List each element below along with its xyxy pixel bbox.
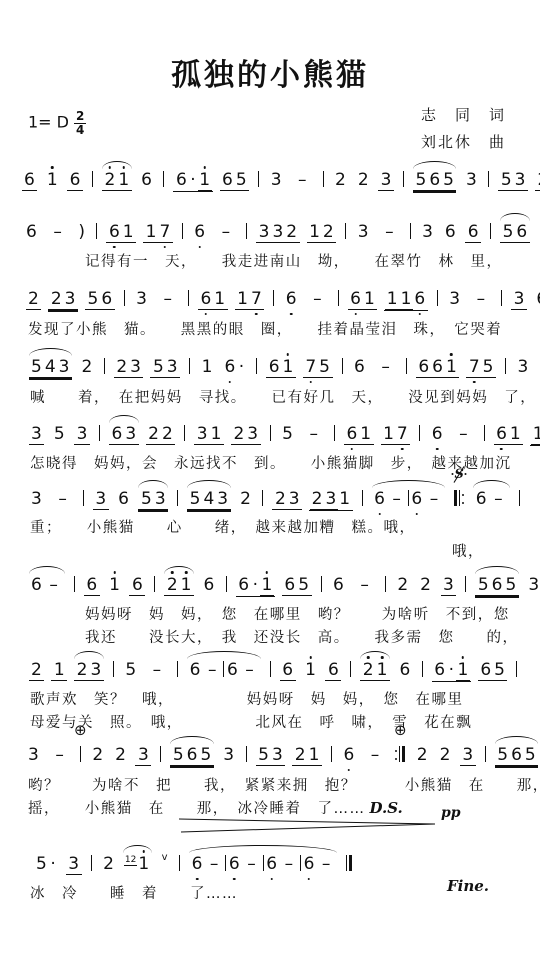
note-group: 2: [79, 357, 95, 377]
note: 2: [356, 170, 370, 190]
note-group: –: [306, 289, 329, 309]
lyric-text: 歌声欢 笑？ 哦， 妈妈呀 妈 妈， 您 在哪里: [30, 692, 464, 708]
note-group: 2: [101, 854, 117, 874]
note: 6: [510, 745, 524, 765]
note: 6: [373, 489, 387, 509]
note: 2: [239, 489, 253, 509]
lyric-text: 喊 着， 在把妈妈 寻找。 已有好几 天， 没见到妈妈 了，: [30, 390, 536, 406]
note: 3: [30, 489, 44, 509]
barline: [257, 170, 260, 190]
note-group: 3: [29, 489, 45, 509]
note: 6: [515, 222, 529, 242]
note-group: 6: [280, 660, 296, 681]
note: 6: [202, 575, 216, 595]
note: 6: [413, 289, 427, 309]
note: 7: [249, 289, 263, 309]
note: 5: [496, 745, 510, 765]
barline: [384, 575, 387, 595]
music-line: 6–6162166·1656–2235653: [0, 575, 540, 599]
lyric-text: 哦，: [452, 544, 484, 560]
note-group: 6–: [29, 575, 65, 595]
key-signature: 1= D24: [28, 110, 86, 136]
note: 6: [237, 575, 251, 595]
note: 6: [100, 289, 114, 309]
note-group: 2: [333, 170, 349, 190]
barline: [320, 575, 323, 595]
note: 7: [158, 222, 172, 242]
note-group: 6: [331, 575, 347, 595]
note-group: 3: [268, 170, 284, 190]
note-group: 2: [29, 660, 45, 681]
note: 6: [30, 575, 44, 595]
note-group: 1: [303, 660, 319, 680]
note: 6: [353, 357, 367, 377]
note-group: 21: [292, 745, 322, 766]
note-group: 2: [395, 575, 411, 595]
barline: [504, 357, 507, 377]
note: 7: [467, 357, 481, 377]
barline: [344, 222, 347, 242]
note: 5: [151, 357, 165, 377]
duration-dash: –: [375, 357, 396, 377]
note-group: 3: [134, 289, 150, 309]
note-group: 3: [463, 170, 479, 190]
barline: [176, 489, 179, 509]
note-group: 5: [280, 424, 296, 444]
note-group: 17: [143, 222, 173, 243]
note: 2: [285, 222, 299, 242]
lyric-line: 我还 没长大， 我 还没长 高。 我多需 您 的，: [0, 626, 540, 647]
note: 5: [234, 170, 248, 190]
note-group: 565: [170, 745, 213, 766]
note-group: 6·1: [236, 575, 275, 597]
note: 6: [107, 222, 121, 242]
note: 5: [501, 222, 515, 242]
duration-dash: –: [241, 854, 262, 874]
note: 6: [479, 660, 493, 680]
barline: [90, 854, 93, 874]
barline: [188, 357, 191, 377]
barline: [263, 855, 264, 871]
note-group: 6–6–: [372, 489, 446, 509]
barline: [73, 575, 76, 595]
barline: [181, 222, 184, 242]
barline: [123, 289, 126, 309]
note: 5: [52, 424, 66, 444]
barline: [436, 289, 439, 309]
note-group: 6: [84, 575, 100, 596]
note-group: 2: [113, 745, 129, 765]
note: 1: [45, 170, 59, 190]
barline: [483, 424, 486, 444]
note: 3: [527, 575, 540, 595]
note: 3: [464, 170, 478, 190]
note-group: 6: [129, 575, 145, 596]
note-group: 56: [85, 289, 115, 310]
composer-credit: 刘北休 曲: [421, 129, 506, 156]
note: 6: [190, 854, 204, 874]
note-group: 6: [397, 660, 413, 680]
barline: [269, 424, 272, 444]
note-group: 65: [220, 170, 250, 191]
note-group: 6: [283, 289, 299, 309]
note-group: 1: [51, 660, 67, 681]
note: 3: [27, 745, 41, 765]
note: 2: [160, 424, 174, 444]
note-group: 75: [466, 357, 496, 378]
lyric-text: 哟？ 为啥不 把 我， 紧紧来拥 抱？ 小熊猫 在 那，: [28, 778, 540, 794]
note: 5: [257, 745, 271, 765]
note-group: 61: [348, 289, 378, 310]
note: 2: [536, 170, 540, 190]
dotted-note-dot: ·: [251, 575, 260, 595]
note-group: 3: [511, 289, 527, 310]
note: 7: [304, 357, 318, 377]
note: 5: [499, 170, 513, 190]
note: 6: [281, 660, 295, 680]
note: 3: [448, 289, 462, 309]
note: 6: [433, 660, 447, 680]
note: 6: [85, 575, 99, 595]
note-group: 2: [238, 489, 254, 509]
note: 5: [523, 745, 537, 765]
note: 5: [481, 357, 495, 377]
note-group: –: [364, 745, 387, 765]
duration-dash: –: [204, 854, 225, 874]
note: 6: [221, 170, 235, 190]
note: 6: [417, 357, 431, 377]
note: 6: [225, 660, 239, 680]
note: 2: [27, 289, 41, 309]
note: 3: [165, 357, 179, 377]
time-signature-denominator: 4: [74, 124, 86, 137]
note-group: 3: [66, 854, 82, 875]
lyric-line: 哦，: [0, 540, 540, 561]
note: 3: [421, 222, 435, 242]
barline: [91, 170, 94, 190]
barline: [112, 660, 115, 680]
note-group: 6: [192, 222, 208, 242]
note-group: 6: [325, 660, 341, 681]
note: 6: [302, 854, 316, 874]
note-group: 116: [384, 289, 427, 311]
duration-dash: –: [386, 489, 407, 509]
note: 3: [442, 575, 456, 595]
note: 6: [110, 424, 124, 444]
repeat-end-barline: [394, 745, 406, 765]
barline: [255, 357, 258, 377]
barline: [349, 660, 352, 680]
note: 3: [124, 424, 138, 444]
note: 2: [30, 660, 44, 680]
note: 5: [35, 854, 49, 874]
lyric-text: 记得有一 天， 我走进南山 坳， 在翠竹 林 里，: [85, 254, 503, 270]
note: ): [77, 222, 87, 242]
note-group: 5: [51, 424, 67, 444]
note: 1: [213, 289, 227, 309]
note: 6: [23, 170, 37, 190]
note-group: 61: [198, 289, 228, 310]
duration-dash: –: [216, 222, 237, 242]
note: 6: [342, 745, 356, 765]
note: 2: [415, 745, 429, 765]
note: 1: [308, 222, 322, 242]
note-group: 63: [109, 424, 139, 445]
note: 1: [198, 170, 212, 191]
note-group: 6: [352, 357, 368, 377]
segno-icon: [454, 467, 465, 482]
note: 6: [345, 424, 359, 444]
note-group: –: [470, 289, 493, 309]
note: 3: [30, 424, 44, 444]
note: 6: [185, 745, 199, 765]
note: 5: [493, 660, 507, 680]
note-group: 6: [341, 745, 357, 765]
dotted-note-dot: ·: [188, 170, 197, 190]
note: 2: [361, 660, 375, 680]
note-group: 661: [416, 357, 459, 378]
note-group: –: [452, 424, 475, 444]
note: 1: [338, 489, 352, 509]
note: 3: [153, 489, 167, 509]
lyric-line: 重； 小熊猫 心 绪， 越来越加糟 糕。哦，: [0, 516, 540, 537]
note-group: 565: [413, 170, 456, 191]
note: 1: [382, 424, 396, 444]
note: 6: [431, 357, 445, 377]
note: 1: [108, 575, 122, 595]
barline: [178, 854, 181, 874]
note-group: 23: [74, 660, 104, 681]
note-group: 121: [123, 854, 151, 874]
decrescendo-hairpin-icon: [178, 815, 438, 839]
coda-icon: [74, 723, 87, 738]
note: 1: [52, 660, 66, 680]
note: 2: [293, 745, 307, 765]
note-group: –: [48, 745, 71, 765]
note: 6: [490, 575, 504, 595]
note: 7: [395, 424, 409, 444]
note-group: 75: [303, 357, 333, 378]
note-group: 6: [67, 170, 83, 191]
note-group: 61: [106, 222, 136, 243]
note-group: 6: [22, 170, 38, 191]
note: 5: [318, 357, 332, 377]
time-signature: 24: [74, 110, 86, 136]
note-group: 6–6–6–6–: [189, 854, 337, 874]
note-group: 31: [194, 424, 224, 445]
barline: [405, 357, 408, 377]
note: 6: [443, 222, 457, 242]
note: 6: [398, 660, 412, 680]
duration-dash: –: [52, 489, 73, 509]
note: 2: [75, 660, 89, 680]
note: 2: [438, 745, 452, 765]
note: 1: [137, 854, 151, 874]
barline: [223, 661, 224, 677]
lyric-text: 冰 冷 睡 着 了……: [30, 886, 238, 902]
note: 3: [379, 170, 393, 190]
note: 2: [321, 222, 335, 242]
barline: [98, 424, 101, 444]
note: 6: [326, 660, 340, 680]
note: 6: [223, 357, 237, 377]
note-group: 3: [420, 222, 436, 242]
note-group: 3: [29, 424, 45, 445]
grace-notes: 12: [124, 855, 136, 866]
note: 3: [287, 489, 301, 509]
note: 2: [103, 170, 117, 190]
note: 3: [516, 357, 530, 377]
note: 1: [304, 660, 318, 680]
note: 3: [257, 222, 271, 242]
duration-dash: –: [488, 489, 509, 509]
note: 6: [428, 170, 442, 190]
barline: [245, 222, 248, 242]
duration-dash: –: [292, 170, 313, 190]
note: 3: [270, 745, 284, 765]
barline: [245, 745, 248, 765]
duration-dash: –: [354, 575, 375, 595]
note: 5: [297, 575, 311, 595]
barline: [300, 855, 301, 871]
note: 6: [130, 575, 144, 595]
note-group: 1: [107, 575, 123, 595]
note: 6: [332, 575, 346, 595]
note: 2: [396, 575, 410, 595]
note-group: 3: [135, 745, 151, 766]
note: 3: [512, 289, 526, 309]
note: 6: [495, 424, 509, 444]
duration-dash: –: [424, 489, 445, 509]
note-group: 53: [138, 489, 168, 510]
duration-dash: –: [316, 854, 337, 874]
lyric-line: 歌声欢 笑？ 哦， 妈妈呀 妈 妈， 您 在哪里: [0, 688, 540, 709]
note: 1: [385, 289, 399, 310]
barline: [487, 170, 490, 190]
note: 3: [89, 660, 103, 680]
note: 1: [281, 357, 295, 377]
note-group: 231: [309, 489, 352, 511]
note: 1: [260, 575, 274, 596]
note-group: 23: [114, 357, 144, 378]
note: 3: [269, 170, 283, 190]
note: 1: [209, 424, 223, 444]
barline: [484, 745, 487, 765]
note-group: 3: [26, 745, 42, 765]
note: 3: [324, 489, 338, 510]
note-group: 3: [221, 745, 237, 765]
note: 2: [273, 489, 287, 509]
note: 6: [265, 854, 279, 874]
dotted-note-dot: ·: [237, 357, 246, 377]
note: 5: [188, 489, 202, 509]
note: 2: [232, 424, 246, 444]
duration-dash: –: [279, 854, 300, 874]
duration-dash: –: [471, 289, 492, 309]
note: 6: [430, 424, 444, 444]
note-group: 3: [93, 489, 109, 510]
note: 6: [193, 222, 207, 242]
note-group: 21: [360, 660, 390, 681]
note-group: 53: [150, 357, 180, 378]
lyric-text: 哦，: [384, 520, 416, 536]
note-group: 6: [24, 222, 40, 242]
note-group: –: [291, 170, 314, 190]
music-line: 6162166·1653–22356535321: [0, 170, 540, 194]
coda-icon: [394, 723, 407, 738]
music-line: 6–)61176–332123–366563: [0, 222, 540, 246]
note-group: 6: [442, 222, 458, 242]
note: 2: [49, 289, 63, 309]
music-line: 5·32121v6–6–6–6–: [0, 852, 540, 876]
note-group: –: [46, 222, 69, 242]
note-group: 21: [102, 170, 132, 191]
note-group: 6·1: [173, 170, 212, 192]
note-group: 3: [378, 170, 394, 191]
note-group: –: [378, 222, 401, 242]
note-group: 53: [256, 745, 286, 766]
note: 6: [283, 575, 297, 595]
note: 3: [461, 745, 475, 765]
lyric-line: 喊 着， 在把妈妈 寻找。 已有好几 天， 没见到妈妈 了，: [0, 386, 540, 407]
note-group: 543: [29, 357, 72, 378]
barline: [225, 575, 228, 595]
barline: [464, 575, 467, 595]
note-group: 1: [44, 170, 60, 190]
note: 3: [356, 222, 370, 242]
note-group: 6·1: [432, 660, 471, 682]
note: 3: [195, 424, 209, 444]
note: 2: [310, 489, 324, 510]
segno-icon: [454, 467, 465, 482]
note: 1: [531, 424, 540, 445]
lyric-text: 怎晓得 妈妈，会 永远找不 到。 小熊猫脚 步， 越来越加沉: [30, 456, 512, 472]
note: 2: [114, 745, 128, 765]
note-group: 5·: [34, 854, 59, 874]
note: 1: [508, 424, 522, 444]
note: 6: [227, 854, 241, 874]
sheet-music-page: 孤独的小熊猫 1= D24 志 同 词刘北休 曲 6162166·1653–22…: [0, 0, 540, 970]
note: 6: [349, 289, 363, 309]
duration-dash: –: [43, 575, 64, 595]
barline: [159, 745, 162, 765]
note: 6: [466, 222, 480, 242]
note: 1: [179, 575, 193, 595]
duration-dash: –: [157, 289, 178, 309]
barline: [408, 490, 409, 506]
note: 5: [442, 170, 456, 190]
note: 1: [375, 660, 389, 680]
note-group: 23: [272, 489, 302, 510]
note: 1: [236, 289, 250, 309]
note-group: 22: [146, 424, 176, 445]
note: 1: [362, 289, 376, 309]
note: 6: [117, 489, 131, 509]
note-group: –: [374, 357, 397, 377]
duration-dash: –: [239, 660, 260, 680]
song-title: 孤独的小熊猫: [0, 50, 540, 94]
note: 5: [414, 170, 428, 190]
note-group: 3: [74, 424, 90, 445]
note-group: 21: [164, 575, 194, 596]
note: 5: [139, 489, 153, 509]
barline: [225, 855, 226, 871]
note: 1: [456, 660, 470, 681]
music-line: 21235–6–6–6162166·165: [0, 660, 540, 684]
note: 2: [419, 575, 433, 595]
note: 6: [68, 170, 82, 190]
lyric-line: 哟？ 为啥不 把 我， 紧紧来拥 抱？ 小熊猫 在 那，: [0, 774, 540, 795]
